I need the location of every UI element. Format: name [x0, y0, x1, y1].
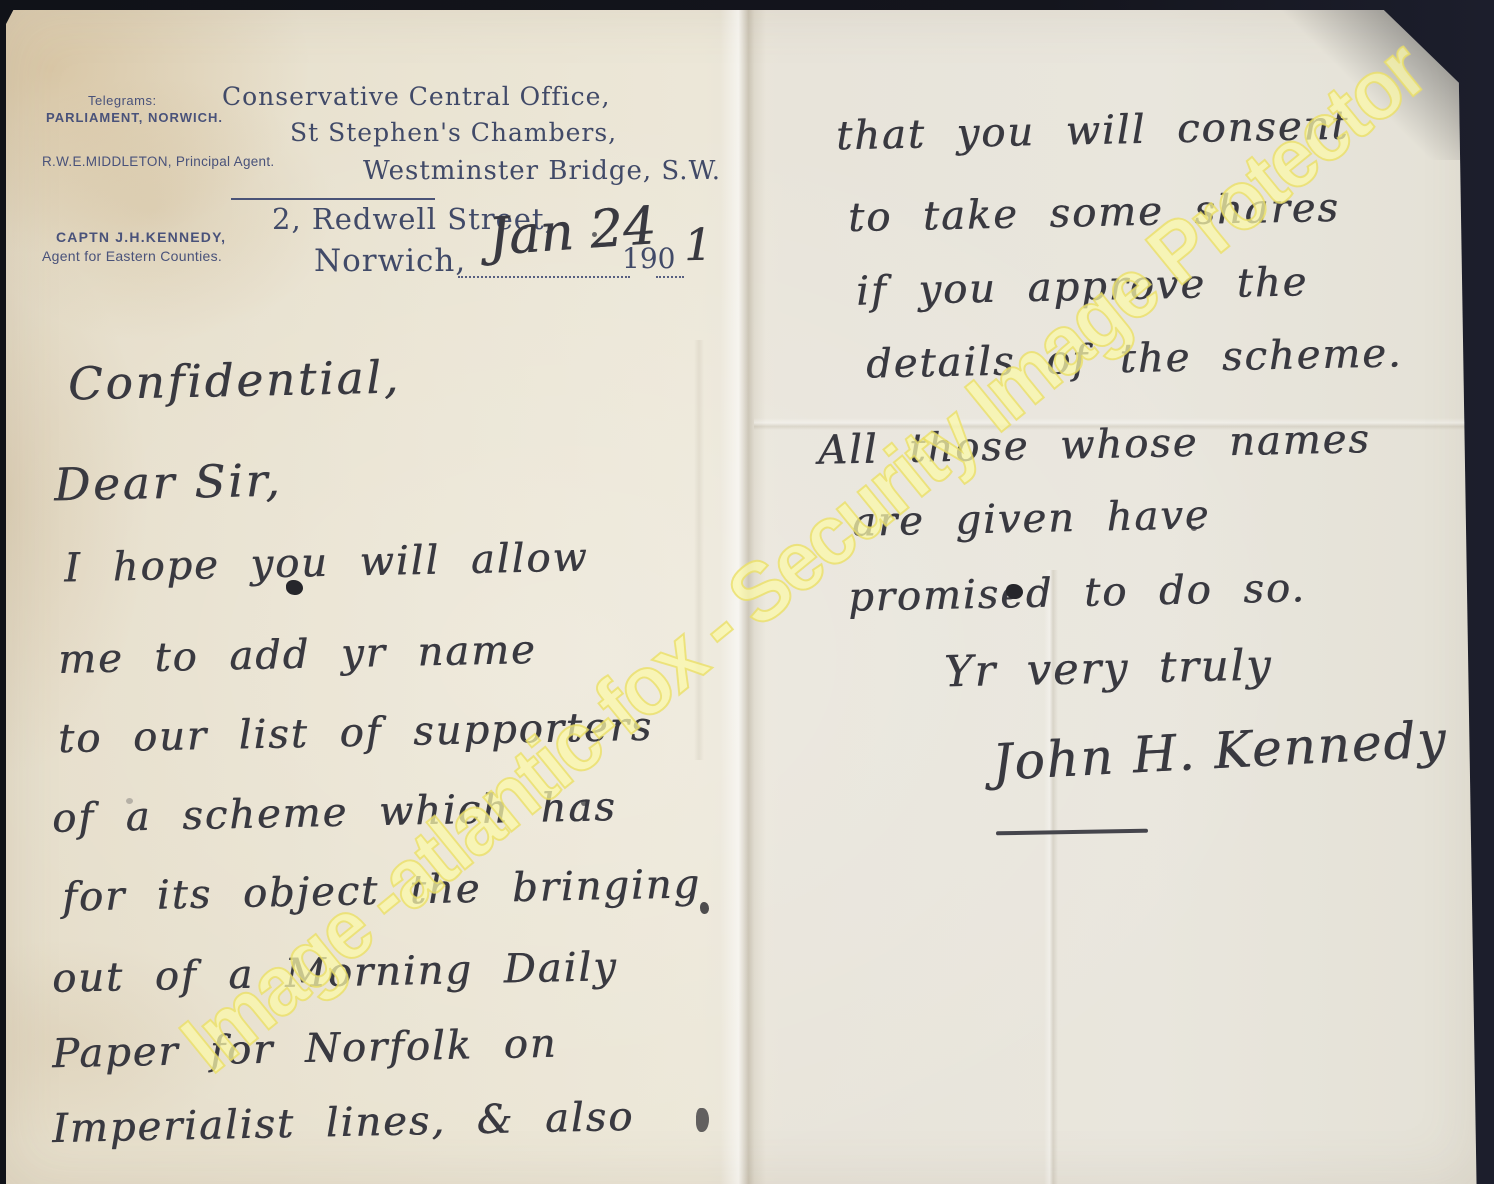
handwritten-line: Paper for Norfolk on	[52, 1021, 558, 1078]
eastern-agent-name: CAPTN J.H.KENNEDY,	[56, 229, 226, 245]
letter-paper: Telegrams: PARLIAMENT, NORWICH. R.W.E.MI…	[6, 10, 1478, 1184]
ink-blot	[286, 580, 303, 595]
year-dotted-line	[656, 276, 684, 278]
principal-agent-line: R.W.E.MIDDLETON, Principal Agent.	[42, 154, 274, 169]
handwritten-line: I hope you will allow	[64, 535, 589, 592]
ink-speck	[581, 800, 587, 806]
scanned-letter: Telegrams: PARLIAMENT, NORWICH. R.W.E.MI…	[0, 0, 1494, 1184]
handwritten-line: Imperialist lines, & also	[52, 1094, 635, 1152]
office-name: Conservative Central Office,	[222, 82, 610, 111]
handwritten-line: Confidential,	[67, 351, 401, 411]
ink-speck	[592, 232, 597, 237]
ink-speck	[1191, 526, 1197, 531]
paper-stain-dot	[126, 798, 133, 804]
city-name: Norwich,	[314, 243, 466, 279]
office-address-line1: St Stephen's Chambers,	[290, 118, 617, 147]
handwritten-year: 1	[683, 220, 712, 272]
handwritten-line: me to add yr name	[58, 627, 537, 683]
handwritten-date: Jan 24	[486, 196, 658, 268]
telegrams-label: Telegrams:	[88, 93, 157, 108]
ink-blot	[1006, 584, 1023, 599]
ink-smudge	[696, 1108, 709, 1132]
date-dotted-line	[458, 276, 630, 278]
eastern-agent-role: Agent for Eastern Counties.	[42, 248, 222, 264]
ink-blot	[700, 902, 709, 914]
handwritten-line: promised to do so.	[848, 565, 1307, 621]
signature: John H. Kennedy	[991, 710, 1449, 792]
closing-line: Yr very truly	[944, 641, 1273, 698]
telegrams-value: PARLIAMENT, NORWICH.	[46, 110, 223, 125]
letterhead-divider-rule	[231, 198, 435, 200]
signature-underline	[996, 829, 1148, 836]
office-address-line2: Westminster Bridge, S.W.	[363, 156, 721, 186]
handwritten-line: Dear Sir,	[53, 454, 283, 512]
